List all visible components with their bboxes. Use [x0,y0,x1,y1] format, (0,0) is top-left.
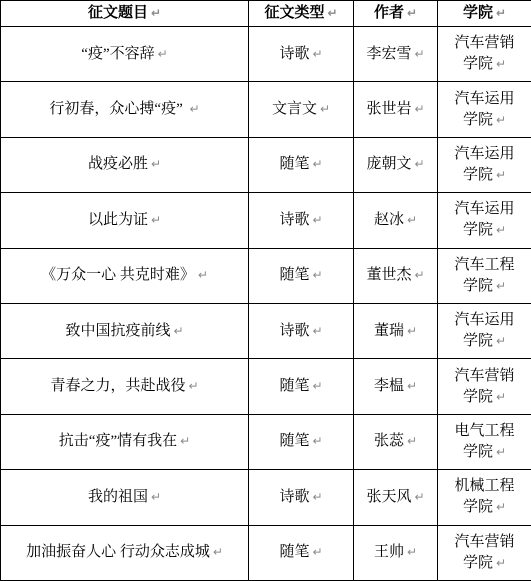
cell-text: 诗歌 [279,489,309,505]
paragraph-mark: ↵ [414,47,424,61]
table-row: 我的祖国↵诗歌↵张天风↵机械工程学院↵ [1,470,531,525]
paragraph-mark: ↵ [496,445,506,459]
paragraph-mark: ↵ [496,113,506,127]
cell-text: 王帅 [374,544,404,560]
cell-text: 行初春，众心搏“疫” [49,101,186,117]
essay-title-cell: 战疫必胜↵ [1,137,249,192]
paragraph-mark: ↵ [312,379,322,393]
paragraph-mark: ↵ [312,490,322,504]
paragraph-mark: ↵ [407,434,417,448]
essay-type-cell: 文言文↵ [249,82,354,137]
cell-text: 李榅 [374,378,404,394]
paragraph-mark: ↵ [312,324,322,338]
college-cell: 汽车工程学院↵ [438,248,531,303]
header-college: 学院↵ [438,1,531,27]
table-row: 加油振奋人心 行动众志成城↵随笔↵王帅↵汽车营销学院↵ [1,525,531,580]
cell-text: 青春之力，共赴战役 [50,378,185,394]
college-cell: 汽车营销学院↵ [438,525,531,580]
author-cell: 董瑞↵ [354,303,438,358]
table-row: 青春之力，共赴战役↵随笔↵李榅↵汽车营销学院↵ [1,359,531,414]
paragraph-mark: ↵ [312,268,322,282]
essay-title-cell: 抗击“疫”情有我在↵ [1,414,249,469]
essay-title-cell: 行初春，众心搏“疫” ↵ [1,82,249,137]
essay-type-cell: 随笔↵ [249,137,354,192]
essay-type-cell: 随笔↵ [249,248,354,303]
table-row: “疫”不容辞↵诗歌↵李宏雪↵汽车营销学院↵ [1,27,531,82]
cell-text: 张蕊 [374,433,404,449]
table-row: 抗击“疫”情有我在↵随笔↵张蕊↵电气工程学院↵ [1,414,531,469]
college-cell: 汽车运用学院↵ [438,137,531,192]
cell-text: 文言文 [272,101,317,117]
paragraph-mark: ↵ [312,47,322,61]
header-author: 作者↵ [354,1,438,27]
college-cell: 机械工程学院↵ [438,470,531,525]
table-row: 战疫必胜↵随笔↵庞朝文↵汽车运用学院↵ [1,137,531,192]
cell-text: 战疫必胜 [88,156,148,172]
essay-title-cell: 以此为证↵ [1,193,249,248]
cell-text: 诗歌 [279,323,309,339]
paragraph-mark: ↵ [151,157,161,171]
cell-text: 随笔 [279,544,309,560]
college-cell: 汽车运用学院↵ [438,303,531,358]
author-cell: 李榅↵ [354,359,438,414]
paragraph-mark: ↵ [407,213,417,227]
cell-text: 李宏雪 [366,46,411,62]
table-row: 以此为证↵诗歌↵赵冰↵汽车运用学院↵ [1,193,531,248]
paragraph-mark: ↵ [320,102,330,116]
paragraph-mark: ↵ [407,6,417,20]
paragraph-mark: ↵ [312,213,322,227]
author-cell: 董世杰↵ [354,248,438,303]
cell-text: “疫”不容辞 [81,46,154,62]
essay-type-cell: 诗歌↵ [249,193,354,248]
essay-title-cell: 《万众一心 共克时难》↵ [1,248,249,303]
paragraph-mark: ↵ [151,6,161,20]
paragraph-mark: ↵ [312,545,322,559]
paragraph-mark: ↵ [414,157,424,171]
author-cell: 庞朝文↵ [354,137,438,192]
table-row: 《万众一心 共克时难》↵随笔↵董世杰↵汽车工程学院↵ [1,248,531,303]
cell-text: 随笔 [279,156,309,172]
paragraph-mark: ↵ [198,268,208,282]
cell-text: 董瑞 [374,323,404,339]
essay-type-cell: 随笔↵ [249,414,354,469]
cell-text: 赵冰 [374,212,404,228]
header-row: 征文题目↵ 征文类型↵ 作者↵ 学院↵ [1,1,531,27]
paragraph-mark: ↵ [407,545,417,559]
paragraph-mark: ↵ [496,279,506,293]
paragraph-mark: ↵ [312,434,322,448]
paragraph-mark: ↵ [312,157,322,171]
author-cell: 张世岩↵ [354,82,438,137]
paragraph-mark: ↵ [151,213,161,227]
cell-text: 抗击“疫”情有我在 [59,433,177,449]
college-cell: 汽车营销学院↵ [438,359,531,414]
header-text: 作者 [374,5,404,21]
essay-type-cell: 诗歌↵ [249,303,354,358]
paragraph-mark: ↵ [414,490,424,504]
essay-type-cell: 随笔↵ [249,359,354,414]
essay-title-cell: 我的祖国↵ [1,470,249,525]
college-cell: 汽车营销学院↵ [438,27,531,82]
cell-text: 加油振奋人心 行动众志成城 [26,544,210,560]
header-text: 征文题目 [88,5,148,21]
college-cell: 汽车运用学院↵ [438,82,531,137]
cell-text: 以此为证 [88,212,148,228]
header-essay-title: 征文题目↵ [1,1,249,27]
cell-text: 庞朝文 [366,156,411,172]
cell-text: 致中国抗疫前线 [65,323,170,339]
paragraph-mark: ↵ [407,324,417,338]
paragraph-mark: ↵ [407,379,417,393]
paragraph-mark: ↵ [173,324,183,338]
paragraph-mark: ↵ [180,434,190,448]
cell-text: 我的祖国 [88,489,148,505]
author-cell: 王帅↵ [354,525,438,580]
table-row: 致中国抗疫前线↵诗歌↵董瑞↵汽车运用学院↵ [1,303,531,358]
cell-text: 随笔 [279,433,309,449]
essay-title-cell: 青春之力，共赴战役↵ [1,359,249,414]
cell-text: 张世岩 [366,101,411,117]
cell-text: 董世杰 [366,267,411,283]
paragraph-mark: ↵ [158,47,168,61]
paragraph-mark: ↵ [190,102,200,116]
essay-title-cell: “疫”不容辞↵ [1,27,249,82]
cell-text: 诗歌 [279,46,309,62]
author-cell: 赵冰↵ [354,193,438,248]
header-text: 征文类型 [264,5,324,21]
paragraph-mark: ↵ [151,490,161,504]
cell-text: 张天风 [366,489,411,505]
paragraph-mark: ↵ [496,556,506,570]
essay-type-cell: 诗歌↵ [249,27,354,82]
author-cell: 李宏雪↵ [354,27,438,82]
table-body: “疫”不容辞↵诗歌↵李宏雪↵汽车营销学院↵行初春，众心搏“疫” ↵文言文↵张世岩… [1,27,531,581]
cell-text: 《万众一心 共克时难》 [41,267,195,283]
paragraph-mark: ↵ [414,268,424,282]
essay-type-cell: 诗歌↵ [249,470,354,525]
paragraph-mark: ↵ [496,390,506,404]
paragraph-mark: ↵ [496,57,506,71]
essay-table: 征文题目↵ 征文类型↵ 作者↵ 学院↵ “疫”不容辞↵诗歌↵李宏雪↵汽车营销学院… [0,0,531,581]
essay-type-cell: 随笔↵ [249,525,354,580]
paragraph-mark: ↵ [496,6,506,20]
paragraph-mark: ↵ [496,168,506,182]
paragraph-mark: ↵ [188,379,198,393]
author-cell: 张蕊↵ [354,414,438,469]
paragraph-mark: ↵ [496,500,506,514]
paragraph-mark: ↵ [414,102,424,116]
essay-title-cell: 致中国抗疫前线↵ [1,303,249,358]
cell-text: 随笔 [279,267,309,283]
cell-text: 诗歌 [279,212,309,228]
author-cell: 张天风↵ [354,470,438,525]
table-row: 行初春，众心搏“疫” ↵文言文↵张世岩↵汽车运用学院↵ [1,82,531,137]
paragraph-mark: ↵ [327,6,337,20]
header-essay-type: 征文类型↵ [249,1,354,27]
college-cell: 电气工程学院↵ [438,414,531,469]
cell-text: 随笔 [279,378,309,394]
paragraph-mark: ↵ [496,223,506,237]
paragraph-mark: ↵ [213,545,223,559]
college-cell: 汽车运用学院↵ [438,193,531,248]
essay-title-cell: 加油振奋人心 行动众志成城↵ [1,525,249,580]
paragraph-mark: ↵ [496,334,506,348]
header-text: 学院 [463,5,493,21]
